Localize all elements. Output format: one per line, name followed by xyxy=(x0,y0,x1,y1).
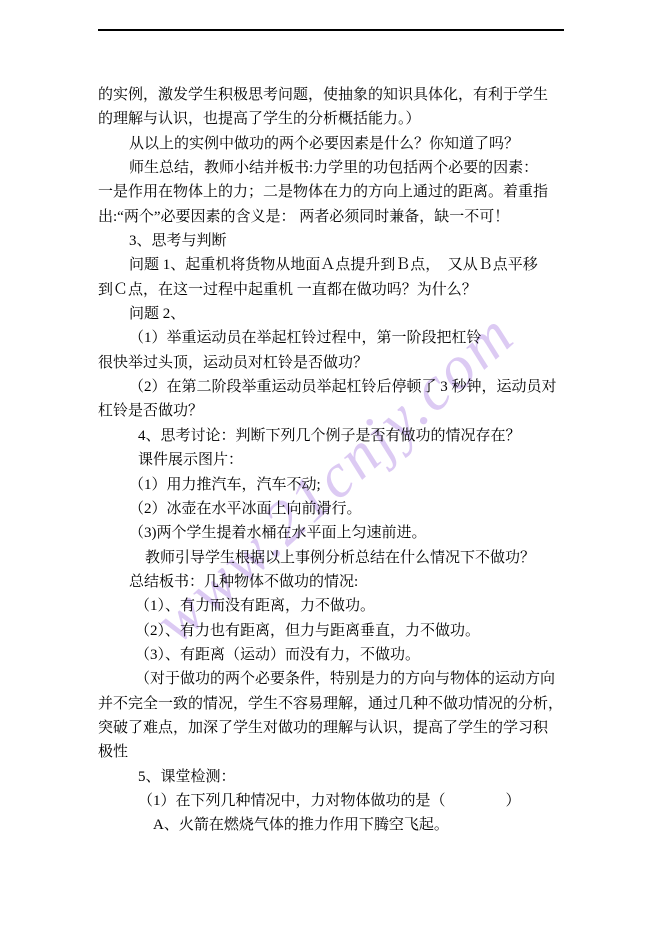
text-line: A、火箭在燃烧气体的推力作用下腾空飞起。 xyxy=(98,813,563,837)
text-line: 很快举过头顶，运动员对杠铃是否做功？ xyxy=(98,351,563,375)
text-line: （2）冰壶在水平冰面上向前滑行。 xyxy=(98,497,563,521)
document-body: 的实例，激发学生积极思考问题，使抽象的知识具体化，有利于学生的理解与认识，也提高… xyxy=(98,83,563,838)
text-line: 一是作用在物体上的力；二是物体在力的方向上通过的距离。着重指 xyxy=(98,180,563,204)
text-line: 的实例，激发学生积极思考问题，使抽象的知识具体化，有利于学生 xyxy=(98,83,563,107)
text-line: 课件展示图片： xyxy=(98,448,563,472)
header-rule xyxy=(98,29,564,31)
text-line: 5、课堂检测： xyxy=(98,765,563,789)
text-line: 并不完全一致的情况，学生不容易理解，通过几种不做功情况的分析， xyxy=(98,692,563,716)
text-line: （1）举重运动员在举起杠铃过程中，第一阶段把杠铃 xyxy=(98,326,563,350)
text-line: 总结板书：几种物体不做功的情况: xyxy=(98,570,563,594)
text-line: 教师引导学生根据以上事例分析总结在什么情况下不做功？ xyxy=(98,546,563,570)
text-line: 杠铃是否做功？ xyxy=(98,399,563,423)
text-line: （2）、有力也有距离，但力与距离垂直，力不做功。 xyxy=(98,619,563,643)
text-line: 突破了难点，加深了学生对做功的理解与认识，提高了学生的学习积 xyxy=(98,716,563,740)
text-line: （1）在下列几种情况中，力对物体做功的是（ ） xyxy=(98,789,563,813)
text-line: 极性 xyxy=(98,740,563,764)
text-line: （1）用力推汽车，汽车不动; xyxy=(98,473,563,497)
text-line: 从以上的实例中做功的两个必要因素是什么？你知道了吗？ xyxy=(98,132,563,156)
document-page: www.21cnjy.com 的实例，激发学生积极思考问题，使抽象的知识具体化，… xyxy=(0,0,661,935)
text-line: 4、思考讨论：判断下列几个例子是否有做功的情况存在？ xyxy=(98,424,563,448)
text-line: （1）、有力而没有距离，力不做功。 xyxy=(98,594,563,618)
text-line: 到Ｃ点，在这一过程中起重机 一直都在做功吗？为什么？ xyxy=(98,278,563,302)
text-line: 出:“两个”必要因素的含义是： 两者必须同时兼备，缺一不可！ xyxy=(98,205,563,229)
text-line: （对于做功的两个必要条件，特别是力的方向与物体的运动方向 xyxy=(98,667,563,691)
text-line: 问题 1、起重机将货物从地面Ａ点提升到Ｂ点， 又从Ｂ点平移 xyxy=(98,253,563,277)
text-line: （2）在第二阶段举重运动员举起杠铃后停顿了 3 秒钟，运动员对 xyxy=(98,375,563,399)
text-line: 的理解与认识，也提高了学生的分析概括能力。） xyxy=(98,107,563,131)
text-line: 3、思考与判断 xyxy=(98,229,563,253)
text-line: （3）、有距离（运动）而没有力，不做功。 xyxy=(98,643,563,667)
text-line: 问题 2、 xyxy=(98,302,563,326)
text-line: 师生总结，教师小结并板书:力学里的功包括两个必要的因素： xyxy=(98,156,563,180)
text-line: （3)两个学生提着水桶在水平面上匀速前进。 xyxy=(98,521,563,545)
